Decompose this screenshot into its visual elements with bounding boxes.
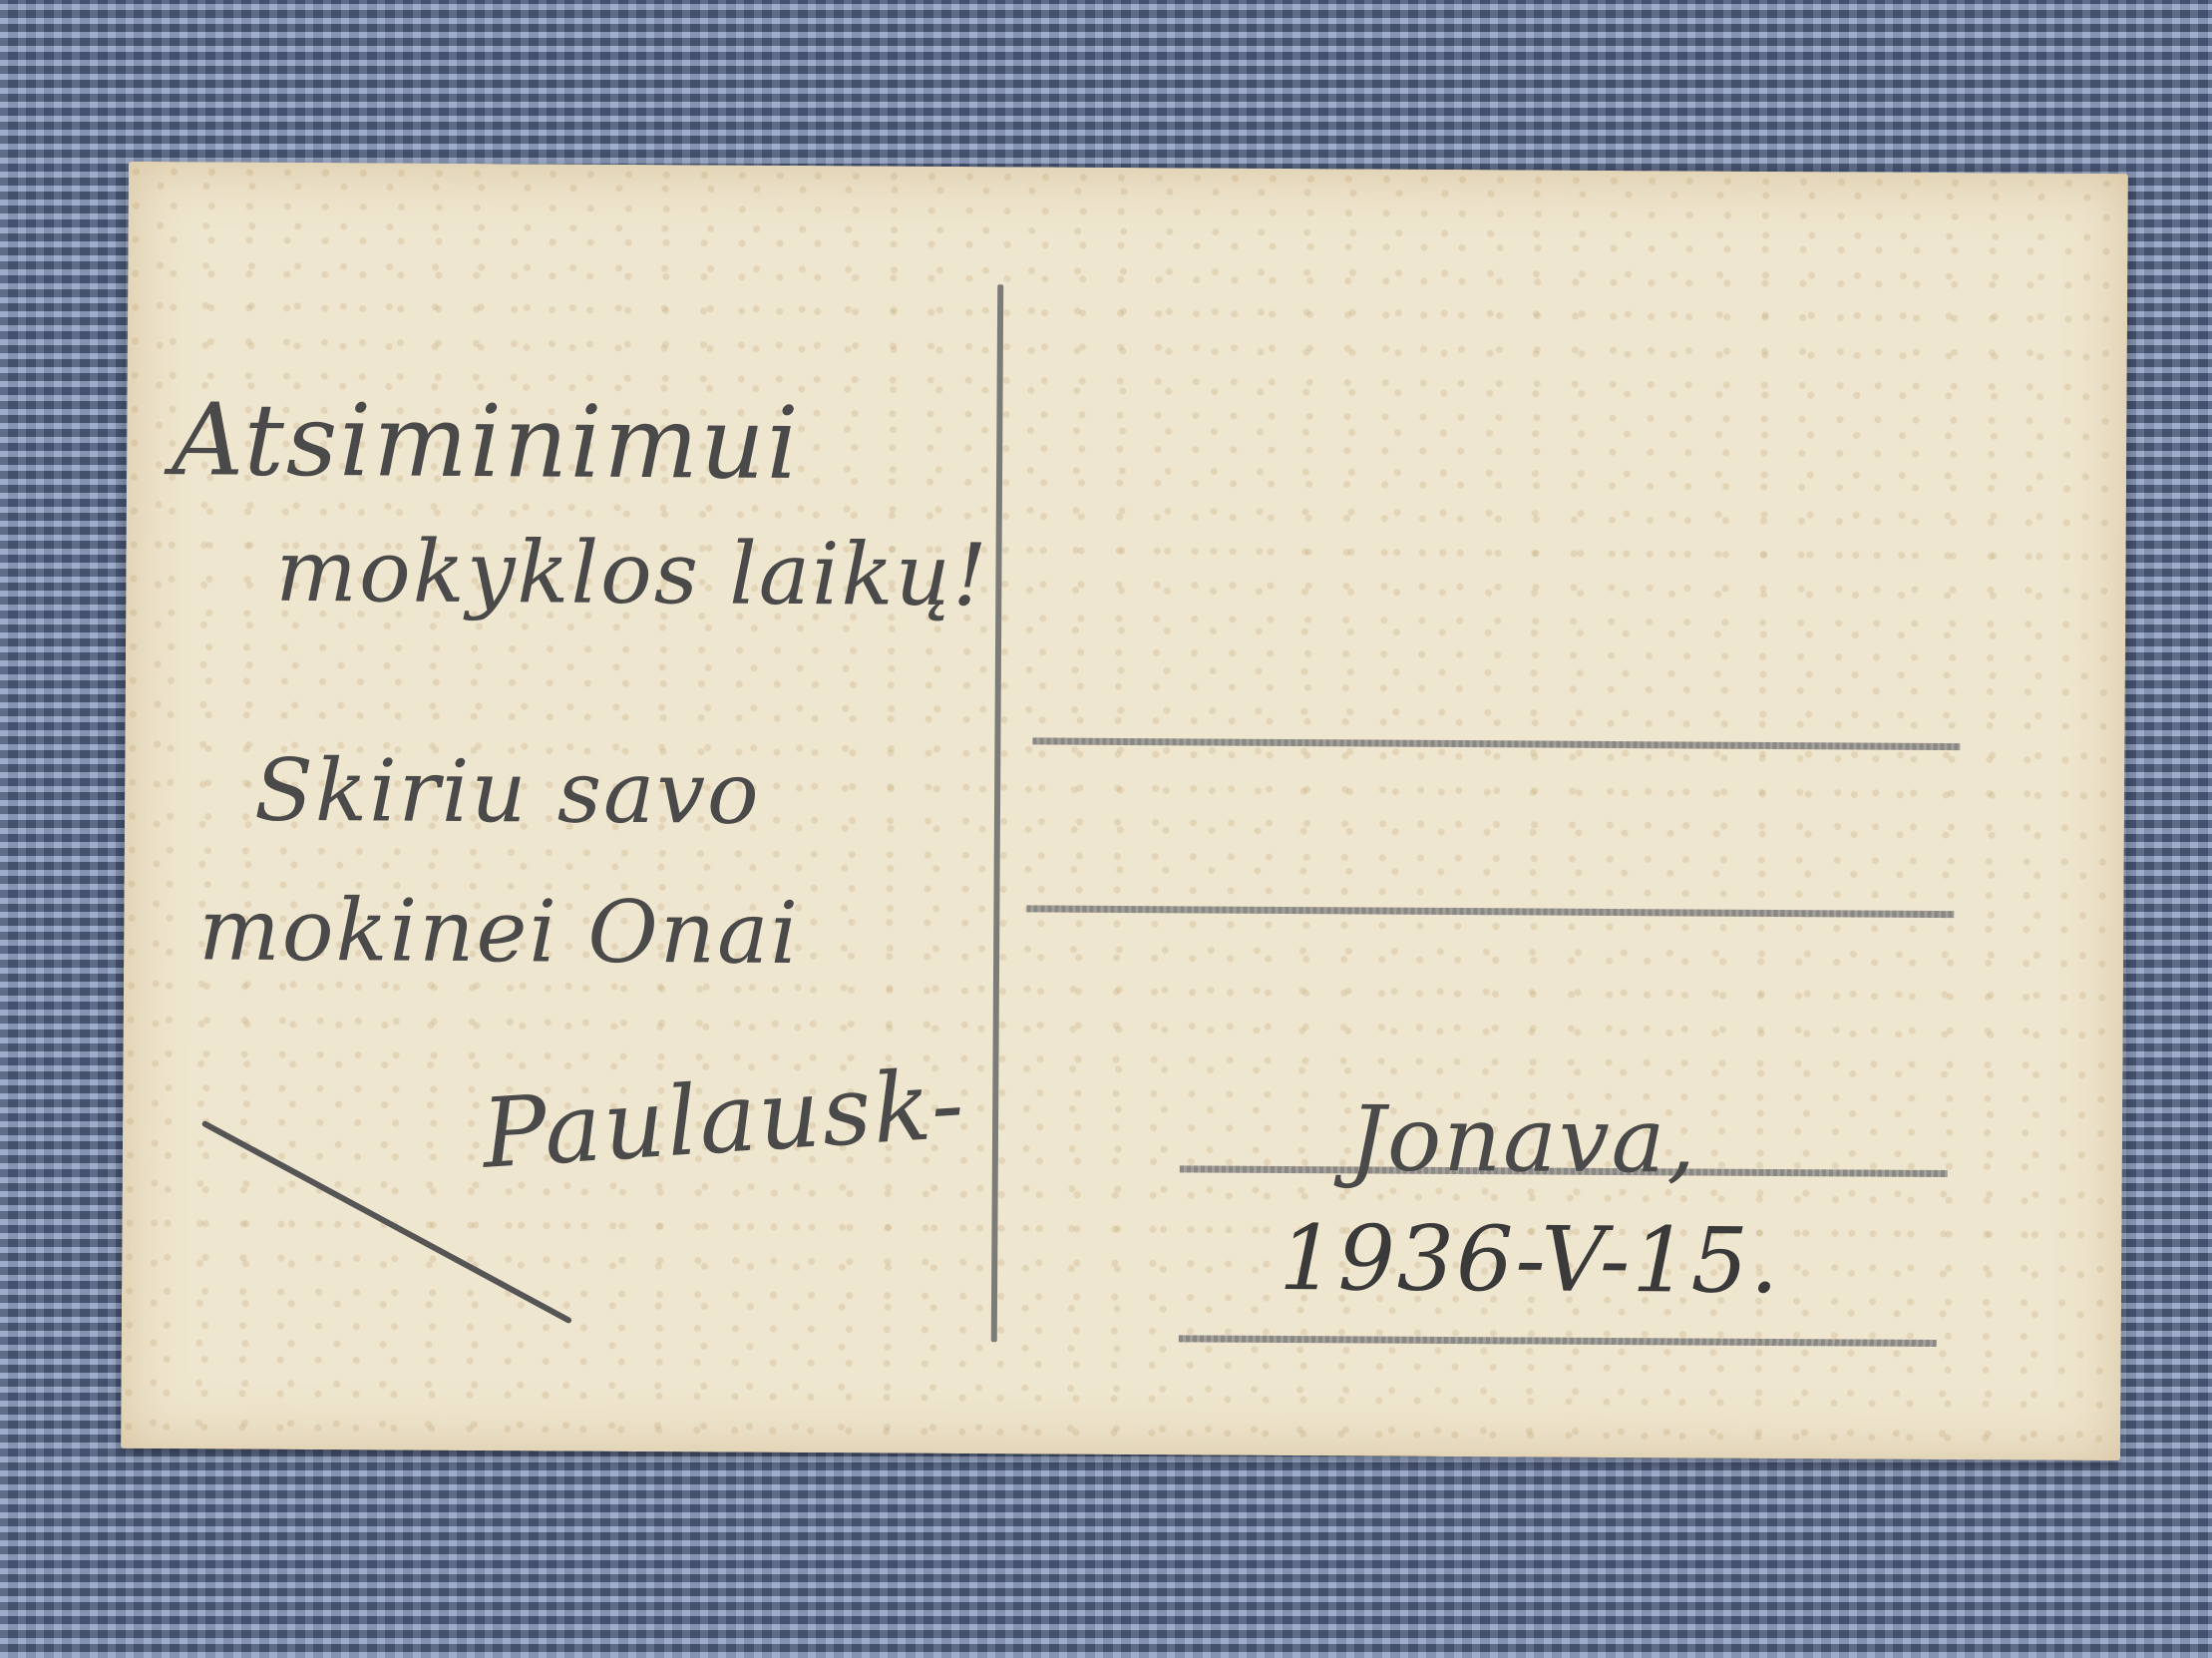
place-name: Jonava, (1349, 1086, 1698, 1193)
address-line-4 (1179, 1335, 1937, 1347)
message-line-3: Skiriu savo (254, 741, 761, 844)
address-line-2 (1026, 905, 1954, 918)
postcard-back: Atsiminimui mokyklos laikų! Skiriu savo … (121, 162, 2128, 1460)
message-line-4: mokinei Onai (198, 880, 800, 984)
signature: Paulausk- (479, 1047, 968, 1190)
message-line-1: Atsiminimui (172, 381, 801, 502)
date: 1936-V-15. (1279, 1206, 1781, 1314)
printed-divider-line (991, 284, 1003, 1342)
address-line-1 (1032, 737, 1960, 750)
message-line-2: mokyklos laikų! (275, 522, 989, 625)
